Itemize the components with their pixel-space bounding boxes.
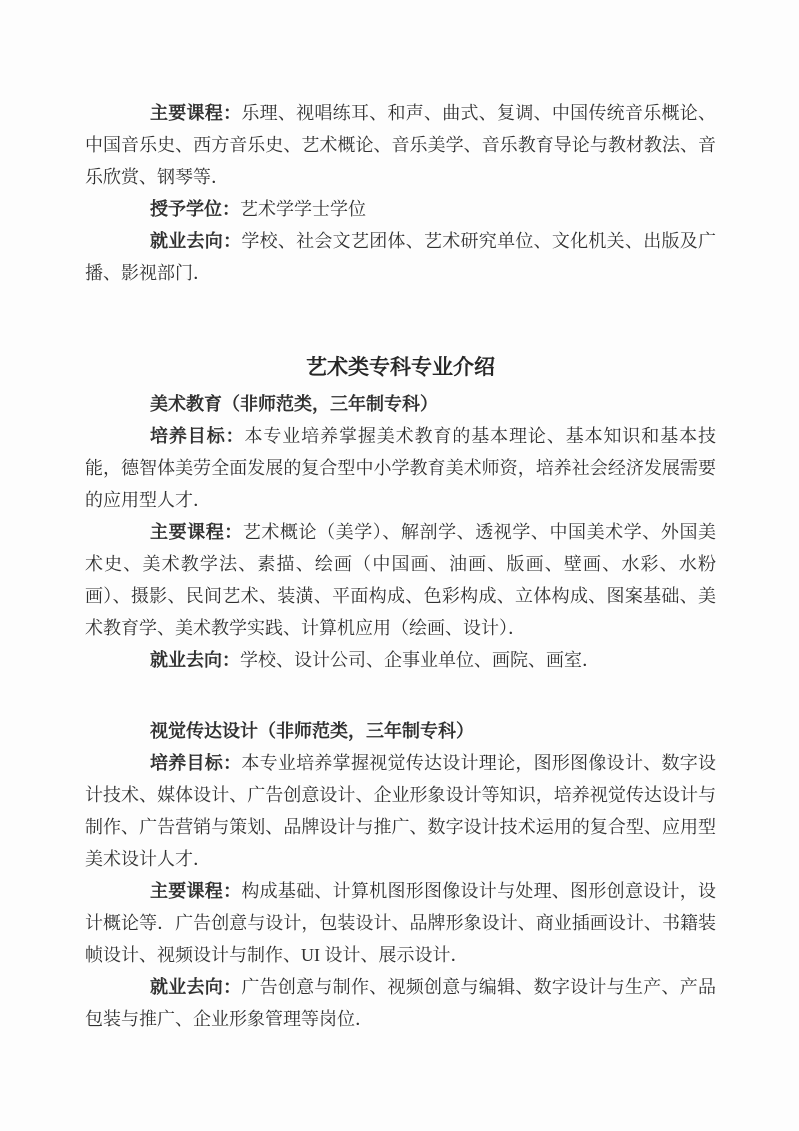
label-main-courses: 主要课程： <box>150 103 241 123</box>
label-employment: 就业去向： <box>150 977 241 997</box>
label-employment: 就业去向： <box>150 650 240 670</box>
section-heading: 艺术类专科专业介绍 <box>85 352 716 384</box>
paragraph-objective-visual-design: 培养目标：本专业培养掌握视觉传达设计理论，图形图像设计、数字设计技术、媒体设计、… <box>85 747 716 875</box>
label-training-objective: 培养目标： <box>150 426 244 446</box>
text-employment: 学校、设计公司、企事业单位、画院、画室． <box>240 650 600 670</box>
paragraph-main-courses-music: 主要课程：乐理、视唱练耳、和声、曲式、复调、中国传统音乐概论、中国音乐史、西方音… <box>85 97 716 193</box>
paragraph-degree-awarded: 授予学位：艺术学学士学位 <box>85 193 716 225</box>
paragraph-courses-visual-design: 主要课程：构成基础、计算机图形图像设计与处理、图形创意设计，设计概论等．广告创意… <box>85 875 716 971</box>
paragraph-courses-art-education: 主要课程：艺术概论（美学）、解剖学、透视学、中国美术学、外国美术史、美术教学法、… <box>85 516 716 644</box>
program-title-visual-communication-design: 视觉传达设计（非师范类，三年制专科） <box>85 715 716 747</box>
label-employment: 就业去向： <box>150 231 241 251</box>
label-degree-awarded: 授予学位： <box>150 199 240 219</box>
text-column: 主要课程：乐理、视唱练耳、和声、曲式、复调、中国传统音乐概论、中国音乐史、西方音… <box>85 0 716 1035</box>
paragraph-employment-art-education: 就业去向：学校、设计公司、企事业单位、画院、画室． <box>85 644 716 676</box>
paragraph-employment-music: 就业去向：学校、社会文艺团体、艺术研究单位、文化机关、出版及广播、影视部门． <box>85 225 716 289</box>
program-title-art-education: 美术教育（非师范类，三年制专科） <box>85 388 716 420</box>
scanned-document-page: 主要课程：乐理、视唱练耳、和声、曲式、复调、中国传统音乐概论、中国音乐史、西方音… <box>0 0 799 1131</box>
label-training-objective: 培养目标： <box>150 753 241 773</box>
label-main-courses: 主要课程： <box>150 881 241 901</box>
label-main-courses: 主要课程： <box>150 522 243 542</box>
paragraph-objective-art-education: 培养目标：本专业培养掌握美术教育的基本理论、基本知识和基本技能，德智体美劳全面发… <box>85 420 716 516</box>
paragraph-employment-visual-design: 就业去向：广告创意与制作、视频创意与编辑、数字设计与生产、产品包装与推广、企业形… <box>85 971 716 1035</box>
text-degree-awarded: 艺术学学士学位 <box>240 199 366 219</box>
